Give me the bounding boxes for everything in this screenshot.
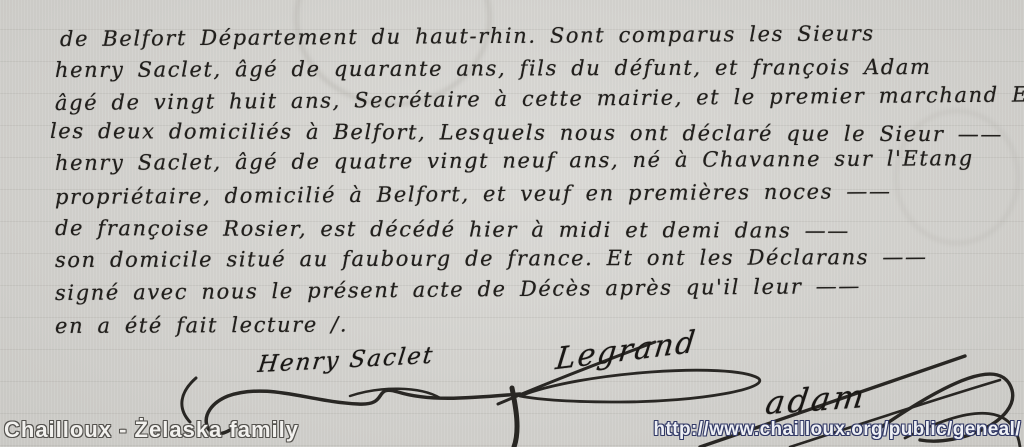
scanned-document: de Belfort Département du haut-rhin. Son… [0,0,1024,447]
manuscript-line: de Belfort Département du haut-rhin. Son… [60,21,875,51]
manuscript-line: henry Saclet, âgé de quatre vingt neuf a… [55,146,974,175]
source-url: http://www.chailloux.org/public/geneal/ [654,419,1021,441]
manuscript-line: en a été fait lecture /. [55,312,348,338]
manuscript-line: signé avec nous le présent acte de Décès… [55,274,861,305]
signature-legrand: Legrand [554,324,699,377]
manuscript-line: henry Saclet, âgé de quarante ans, fils … [55,55,932,82]
manuscript-line: âgé de vingt huit ans, Secrétaire à cett… [55,82,1024,115]
manuscript-line: les deux domiciliés à Belfort, Lesquels … [50,119,1003,146]
signature-henry-saclet: Henry Saclet [256,343,435,378]
manuscript-line: propriétaire, domicilié à Belfort, et ve… [55,179,892,209]
signature-adam: adam [763,377,869,423]
manuscript-line: de françoise Rosier, est décédé hier à m… [55,216,850,243]
manuscript-line: son domicile situé au faubourg de france… [55,245,928,272]
family-caption: Chailloux - Żelaska family [4,417,299,443]
